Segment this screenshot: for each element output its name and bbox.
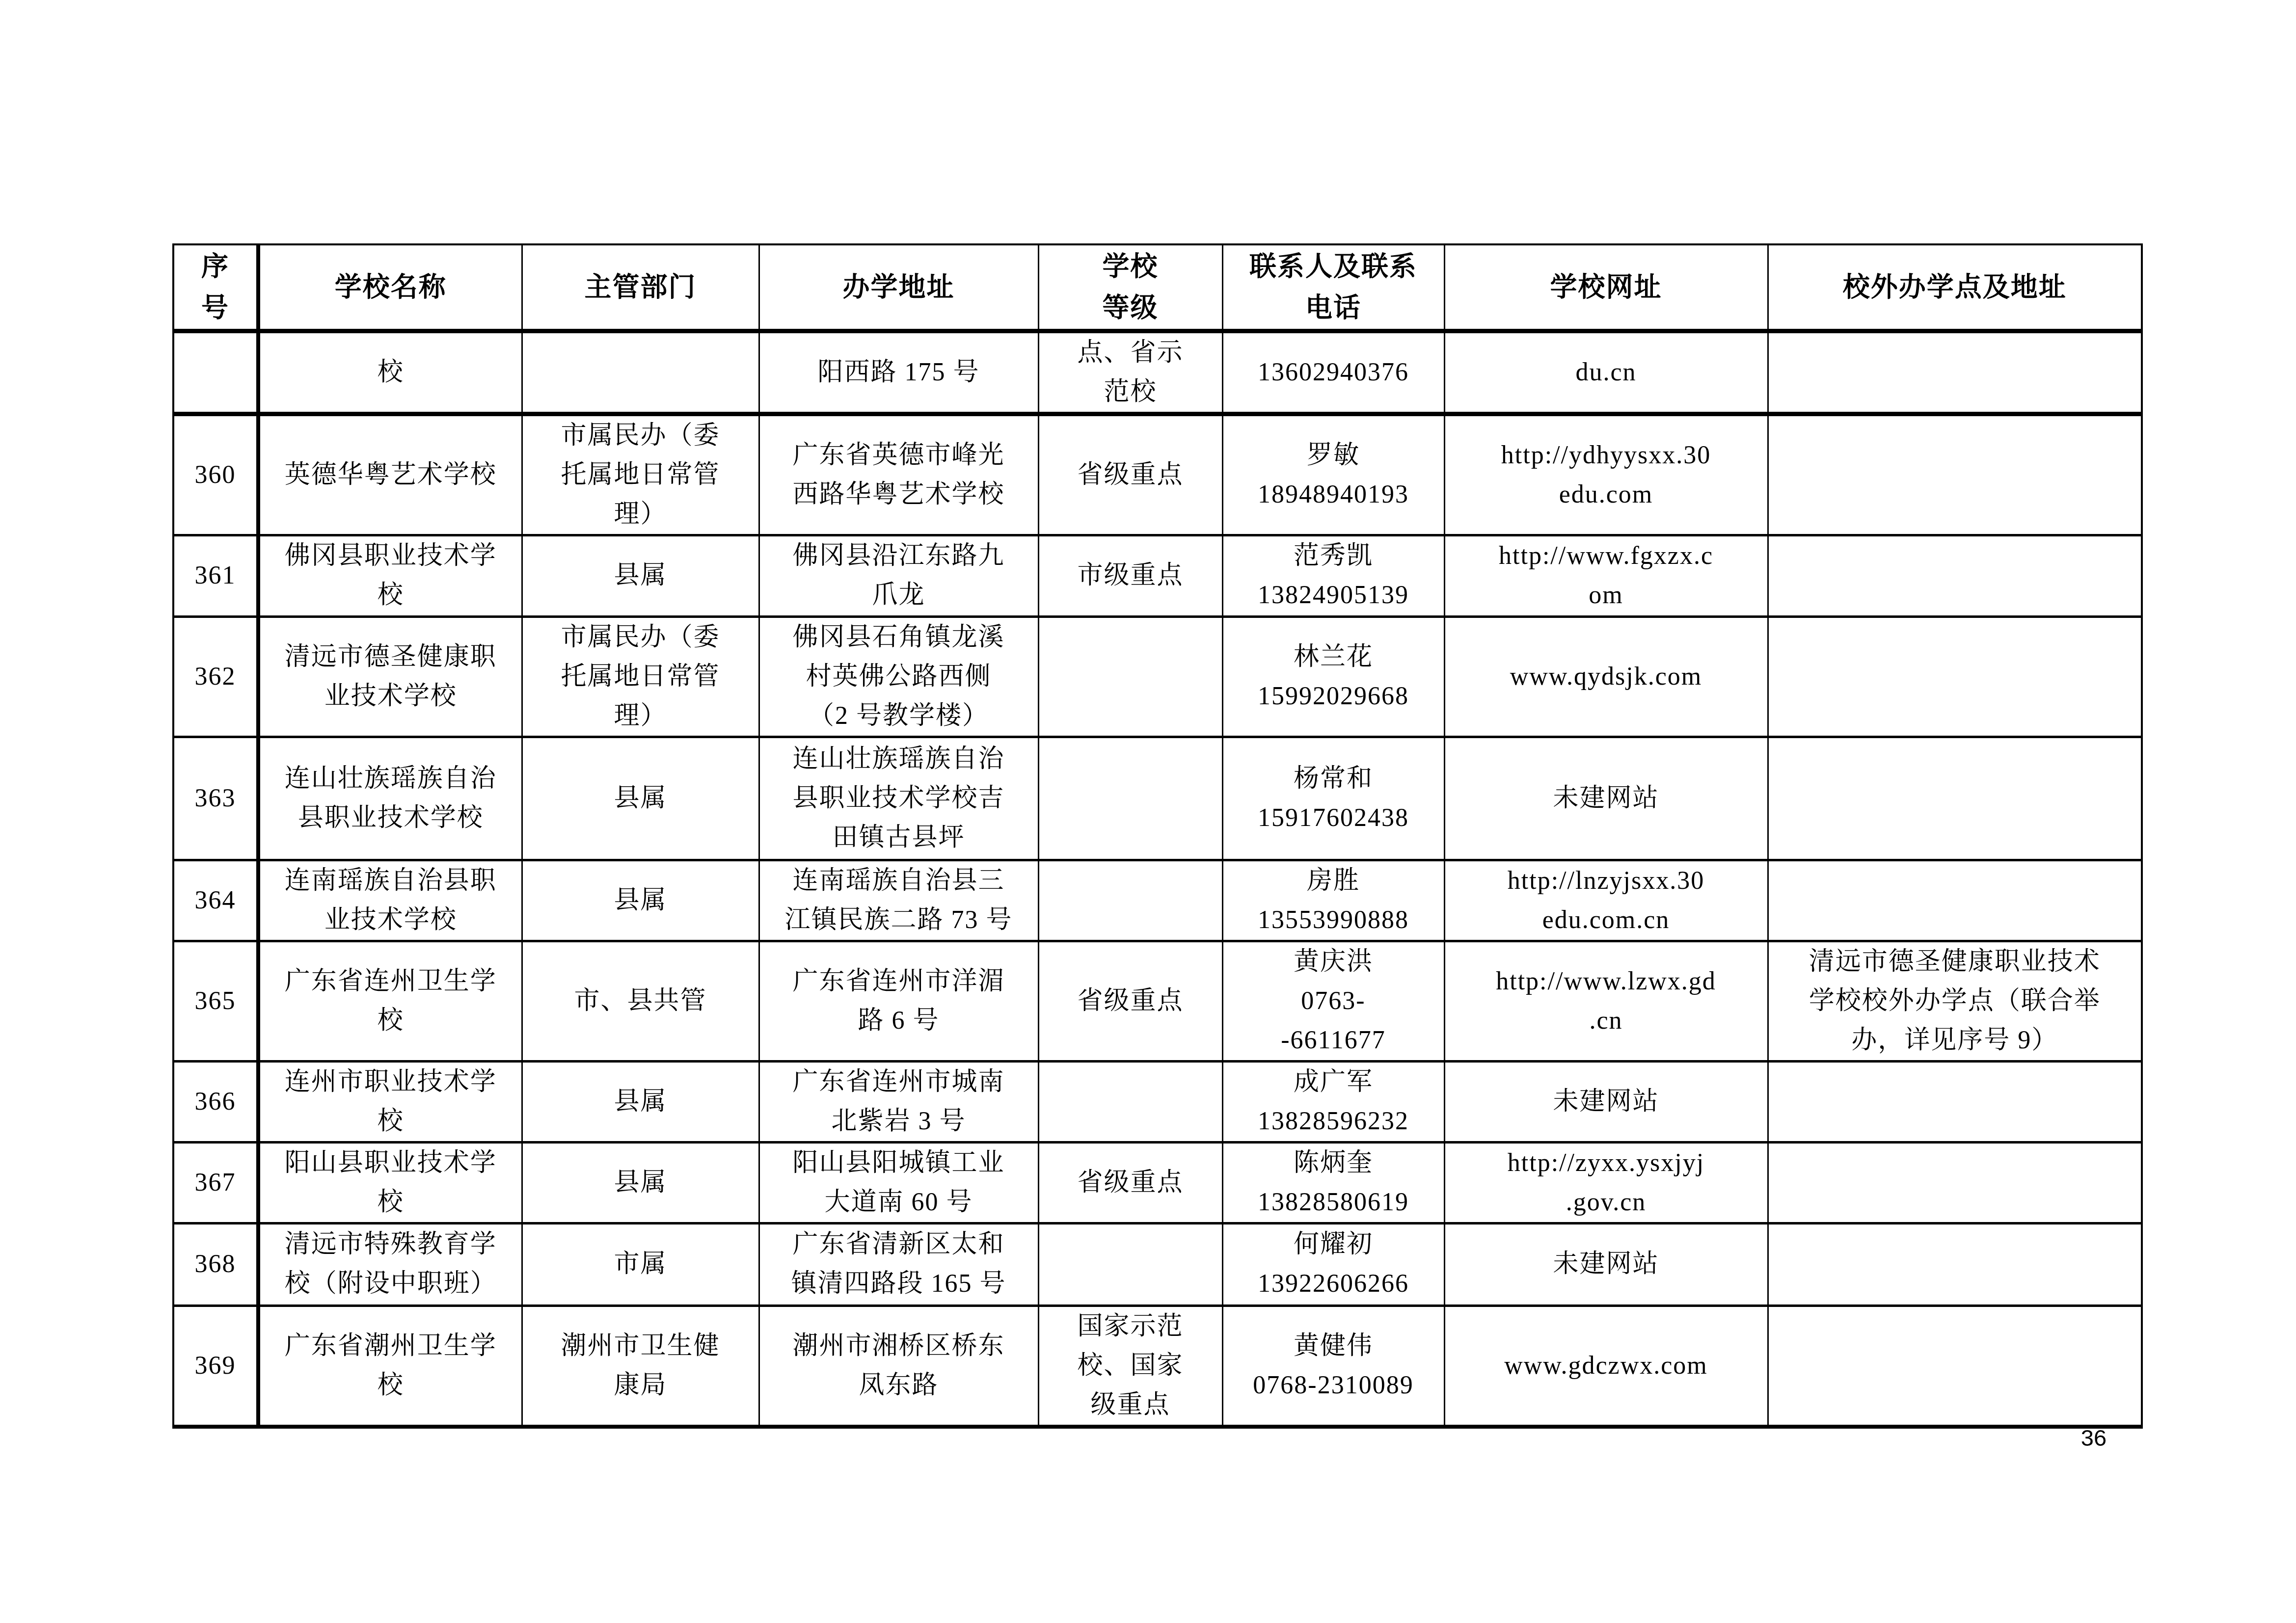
cell-level: 国家示范校、国家级重点 — [1038, 1305, 1222, 1427]
cell-address: 阳山县阳城镇工业大道南 60 号 — [759, 1142, 1038, 1223]
cell-seq: 362 — [173, 616, 258, 737]
cell-text: 房胜 — [1227, 861, 1440, 901]
cell-text: 佛冈县沿江东路九 — [764, 536, 1034, 576]
cell-text: 362 — [178, 657, 252, 696]
cell-text: 县属 — [527, 1082, 755, 1121]
cell-text: 省级重点 — [1043, 1163, 1218, 1202]
cell-text: 理） — [527, 495, 755, 534]
cell-name: 连州市职业技术学校 — [258, 1061, 522, 1142]
cell-dept: 县属 — [522, 1061, 759, 1142]
cell-text: 佛冈县石角镇龙溪 — [764, 618, 1034, 657]
cell-text: -6611677 — [1227, 1021, 1440, 1060]
cell-text: http://www.fgxzx.c — [1449, 536, 1763, 576]
header-text: 学校网址 — [1449, 266, 1763, 308]
cell-dept: 市属 — [522, 1223, 759, 1305]
cell-text: 学校校外办学点（联合举 — [1773, 982, 2137, 1021]
cell-text: 校、国家 — [1043, 1346, 1218, 1385]
cell-dept: 县属 — [522, 1142, 759, 1223]
cell-address: 广东省连州市洋湄路 6 号 — [759, 941, 1038, 1061]
cell-text: 杨常和 — [1227, 759, 1440, 798]
cell-text: 田镇古县坪 — [764, 818, 1034, 857]
cell-text: 市属民办（委 — [527, 416, 755, 455]
cell-name: 佛冈县职业技术学校 — [258, 535, 522, 616]
cell-offsite — [1768, 414, 2142, 535]
cell-offsite — [1768, 1142, 2142, 1223]
header-text: 电话 — [1227, 287, 1440, 328]
cell-text: 连山壮族瑶族自治 — [764, 740, 1034, 779]
cell-text: du.cn — [1449, 353, 1763, 392]
cell-name: 阳山县职业技术学校 — [258, 1142, 522, 1223]
cell-level: 省级重点 — [1038, 414, 1222, 535]
cell-text: 阳山县职业技术学 — [264, 1144, 517, 1183]
cell-text: 15917602438 — [1227, 798, 1440, 838]
cell-text: 陈炳奎 — [1227, 1144, 1440, 1183]
cell-text: 县属 — [527, 556, 755, 595]
cell-text: edu.com — [1449, 475, 1763, 514]
cell-text: 校（附设中职班） — [264, 1264, 517, 1304]
cell-text: 镇清四路段 165 号 — [764, 1264, 1034, 1304]
cell-level: 省级重点 — [1038, 941, 1222, 1061]
cell-offsite — [1768, 1061, 2142, 1142]
cell-dept: 市属民办（委托属地日常管理） — [522, 616, 759, 737]
cell-text: 清远市德圣健康职业技术 — [1773, 942, 2137, 982]
cell-offsite — [1768, 331, 2142, 414]
cell-name: 连山壮族瑶族自治县职业技术学校 — [258, 737, 522, 860]
cell-text: http://lnzyjsxx.30 — [1449, 861, 1763, 901]
cell-dept: 县属 — [522, 737, 759, 860]
cell-seq: 361 — [173, 535, 258, 616]
cell-level: 点、省示范校 — [1038, 331, 1222, 414]
cell-website: http://www.fgxzx.com — [1444, 535, 1768, 616]
cell-contact: 陈炳奎13828580619 — [1222, 1142, 1444, 1223]
header-text: 学校 — [1043, 246, 1218, 287]
cell-text: 业技术学校 — [264, 677, 517, 716]
cell-text: 江镇民族二路 73 号 — [764, 901, 1034, 940]
cell-text: 363 — [178, 779, 252, 818]
cell-text: 国家示范 — [1043, 1307, 1218, 1346]
cell-text: 广东省英德市峰光 — [764, 436, 1034, 475]
cell-text: 0763- — [1227, 982, 1440, 1021]
cell-text: 13602940376 — [1227, 353, 1440, 392]
cell-name: 校 — [258, 331, 522, 414]
cell-offsite — [1768, 535, 2142, 616]
cell-dept: 县属 — [522, 535, 759, 616]
cell-text: 何耀初 — [1227, 1225, 1440, 1264]
cell-text: 西路华粤艺术学校 — [764, 475, 1034, 514]
cell-text: 清远市特殊教育学 — [264, 1225, 517, 1264]
cell-text: 县属 — [527, 881, 755, 920]
header-text: 学校名称 — [264, 266, 517, 308]
cell-text: 368 — [178, 1245, 252, 1284]
cell-text: .gov.cn — [1449, 1183, 1763, 1222]
cell-text: 罗敏 — [1227, 436, 1440, 475]
cell-offsite — [1768, 860, 2142, 941]
cell-text: 县属 — [527, 1163, 755, 1202]
cell-name: 广东省潮州卫生学校 — [258, 1305, 522, 1427]
cell-dept — [522, 331, 759, 414]
cell-level — [1038, 616, 1222, 737]
cell-text: 潮州市湘桥区桥东 — [764, 1327, 1034, 1366]
cell-address: 阳西路 175 号 — [759, 331, 1038, 414]
cell-text: 县职业技术学校吉 — [764, 779, 1034, 818]
schools-table: 序号学校名称主管部门办学地址学校等级联系人及联系电话学校网址校外办学点及地址 校… — [172, 243, 2143, 1429]
cell-text: 点、省示 — [1043, 333, 1218, 372]
cell-address: 佛冈县石角镇龙溪村英佛公路西侧（2 号教学楼） — [759, 616, 1038, 737]
cell-dept: 潮州市卫生健康局 — [522, 1305, 759, 1427]
cell-text: 潮州市卫生健 — [527, 1327, 755, 1366]
cell-text: 北紫岩 3 号 — [764, 1102, 1034, 1141]
cell-offsite — [1768, 1223, 2142, 1305]
cell-text: 广东省连州市洋湄 — [764, 962, 1034, 1001]
cell-level — [1038, 737, 1222, 860]
cell-text: 黄健伟 — [1227, 1327, 1440, 1366]
header-cell-offsite: 校外办学点及地址 — [1768, 244, 2142, 331]
cell-contact: 杨常和15917602438 — [1222, 737, 1444, 860]
cell-level — [1038, 860, 1222, 941]
header-cell-address: 办学地址 — [759, 244, 1038, 331]
cell-text: http://zyxx.ysxjyj — [1449, 1144, 1763, 1183]
table-row: 367阳山县职业技术学校县属阳山县阳城镇工业大道南 60 号省级重点陈炳奎138… — [173, 1142, 2142, 1223]
cell-text: 范秀凯 — [1227, 536, 1440, 576]
table-row: 校阳西路 175 号点、省示范校13602940376du.cn — [173, 331, 2142, 414]
table-row: 364连南瑶族自治县职业技术学校县属连南瑶族自治县三江镇民族二路 73 号房胜1… — [173, 860, 2142, 941]
cell-text: 康局 — [527, 1366, 755, 1405]
cell-address: 佛冈县沿江东路九爪龙 — [759, 535, 1038, 616]
cell-offsite: 清远市德圣健康职业技术学校校外办学点（联合举办，详见序号 9） — [1768, 941, 2142, 1061]
cell-text: 13824905139 — [1227, 576, 1440, 615]
cell-text: 连山壮族瑶族自治 — [264, 759, 517, 798]
cell-text: 367 — [178, 1163, 252, 1202]
cell-text: 369 — [178, 1346, 252, 1385]
cell-text: 未建网站 — [1449, 1245, 1763, 1284]
cell-text: 县职业技术学校 — [264, 798, 517, 838]
cell-text: 连南瑶族自治县职 — [264, 861, 517, 901]
header-cell-level: 学校等级 — [1038, 244, 1222, 331]
cell-seq: 360 — [173, 414, 258, 535]
cell-text: 阳西路 175 号 — [764, 353, 1034, 392]
cell-website: http://zyxx.ysxjyj.gov.cn — [1444, 1142, 1768, 1223]
cell-level — [1038, 1223, 1222, 1305]
cell-text: 林兰花 — [1227, 638, 1440, 677]
cell-text: 366 — [178, 1082, 252, 1121]
cell-text: 校 — [264, 576, 517, 615]
cell-text: 路 6 号 — [764, 1001, 1034, 1040]
cell-address: 潮州市湘桥区桥东凤东路 — [759, 1305, 1038, 1427]
cell-name: 清远市特殊教育学校（附设中职班） — [258, 1223, 522, 1305]
cell-name: 英德华粤艺术学校 — [258, 414, 522, 535]
cell-text: 校 — [264, 1183, 517, 1222]
cell-text: 业技术学校 — [264, 901, 517, 940]
cell-website: 未建网站 — [1444, 737, 1768, 860]
cell-text: 364 — [178, 881, 252, 920]
cell-text: 村英佛公路西侧 — [764, 657, 1034, 696]
cell-address: 连南瑶族自治县三江镇民族二路 73 号 — [759, 860, 1038, 941]
cell-website: http://ydhyysxx.30edu.com — [1444, 414, 1768, 535]
cell-website: 未建网站 — [1444, 1223, 1768, 1305]
document-page: 序号学校名称主管部门办学地址学校等级联系人及联系电话学校网址校外办学点及地址 校… — [0, 0, 2296, 1623]
cell-offsite — [1768, 1305, 2142, 1427]
cell-dept: 市、县共管 — [522, 941, 759, 1061]
cell-seq: 364 — [173, 860, 258, 941]
cell-text: 连南瑶族自治县三 — [764, 861, 1034, 901]
cell-text: 托属地日常管 — [527, 455, 755, 495]
cell-contact: 房胜13553990888 — [1222, 860, 1444, 941]
cell-seq: 367 — [173, 1142, 258, 1223]
cell-contact: 黄庆洪0763--6611677 — [1222, 941, 1444, 1061]
cell-seq: 368 — [173, 1223, 258, 1305]
cell-contact: 范秀凯13824905139 — [1222, 535, 1444, 616]
cell-text: 市、县共管 — [527, 982, 755, 1021]
table-row: 360英德华粤艺术学校市属民办（委托属地日常管理）广东省英德市峰光西路华粤艺术学… — [173, 414, 2142, 535]
cell-website: www.qydsjk.com — [1444, 616, 1768, 737]
cell-text: www.gdczwx.com — [1449, 1346, 1763, 1385]
table-row: 362清远市德圣健康职业技术学校市属民办（委托属地日常管理）佛冈县石角镇龙溪村英… — [173, 616, 2142, 737]
cell-text: 市级重点 — [1043, 556, 1218, 595]
cell-text: 办，详见序号 9） — [1773, 1021, 2137, 1060]
cell-text: 360 — [178, 455, 252, 495]
cell-text: 365 — [178, 982, 252, 1021]
cell-seq: 366 — [173, 1061, 258, 1142]
header-cell-dept: 主管部门 — [522, 244, 759, 331]
cell-seq: 369 — [173, 1305, 258, 1427]
cell-text: 佛冈县职业技术学 — [264, 536, 517, 576]
cell-text: 省级重点 — [1043, 455, 1218, 495]
cell-text: 托属地日常管 — [527, 657, 755, 696]
cell-text: 大道南 60 号 — [764, 1183, 1034, 1222]
cell-text: 市属民办（委 — [527, 618, 755, 657]
cell-website: du.cn — [1444, 331, 1768, 414]
cell-contact: 黄健伟0768-2310089 — [1222, 1305, 1444, 1427]
cell-dept: 市属民办（委托属地日常管理） — [522, 414, 759, 535]
cell-website: www.gdczwx.com — [1444, 1305, 1768, 1427]
table-row: 368清远市特殊教育学校（附设中职班）市属广东省清新区太和镇清四路段 165 号… — [173, 1223, 2142, 1305]
cell-text: 校 — [264, 1366, 517, 1405]
cell-text: 广东省清新区太和 — [764, 1225, 1034, 1264]
cell-website: http://lnzyjsxx.30edu.com.cn — [1444, 860, 1768, 941]
cell-seq: 365 — [173, 941, 258, 1061]
header-cell-seq: 序号 — [173, 244, 258, 331]
cell-text: 0768-2310089 — [1227, 1366, 1440, 1405]
cell-text: 校 — [264, 1001, 517, 1040]
cell-text: 未建网站 — [1449, 779, 1763, 818]
cell-text: 级重点 — [1043, 1385, 1218, 1425]
header-cell-contact: 联系人及联系电话 — [1222, 244, 1444, 331]
cell-seq — [173, 331, 258, 414]
cell-text: 爪龙 — [764, 576, 1034, 615]
cell-text: 连州市职业技术学 — [264, 1063, 517, 1102]
cell-address: 广东省英德市峰光西路华粤艺术学校 — [759, 414, 1038, 535]
cell-text: http://www.lzwx.gd — [1449, 962, 1763, 1001]
cell-level: 市级重点 — [1038, 535, 1222, 616]
table-row: 369广东省潮州卫生学校潮州市卫生健康局潮州市湘桥区桥东凤东路国家示范校、国家级… — [173, 1305, 2142, 1427]
cell-text: 广东省连州市城南 — [764, 1063, 1034, 1102]
cell-text: 361 — [178, 556, 252, 595]
cell-offsite — [1768, 616, 2142, 737]
cell-text: 13828596232 — [1227, 1102, 1440, 1141]
cell-seq: 363 — [173, 737, 258, 860]
cell-address: 广东省清新区太和镇清四路段 165 号 — [759, 1223, 1038, 1305]
header-text: 校外办学点及地址 — [1773, 266, 2137, 308]
cell-contact: 何耀初13922606266 — [1222, 1223, 1444, 1305]
cell-text: 理） — [527, 696, 755, 736]
cell-text: 18948940193 — [1227, 475, 1440, 514]
cell-address: 广东省连州市城南北紫岩 3 号 — [759, 1061, 1038, 1142]
cell-text: 英德华粤艺术学校 — [264, 455, 517, 495]
header-text: 号 — [178, 287, 252, 328]
table-row: 366连州市职业技术学校县属广东省连州市城南北紫岩 3 号成广军13828596… — [173, 1061, 2142, 1142]
header-text: 等级 — [1043, 287, 1218, 328]
cell-text: www.qydsjk.com — [1449, 657, 1763, 696]
cell-level — [1038, 1061, 1222, 1142]
header-text: 序 — [178, 246, 252, 287]
cell-contact: 成广军13828596232 — [1222, 1061, 1444, 1142]
cell-name: 连南瑶族自治县职业技术学校 — [258, 860, 522, 941]
cell-text: edu.com.cn — [1449, 901, 1763, 940]
table-row: 365广东省连州卫生学校市、县共管广东省连州市洋湄路 6 号省级重点黄庆洪076… — [173, 941, 2142, 1061]
header-cell-name: 学校名称 — [258, 244, 522, 331]
header-row: 序号学校名称主管部门办学地址学校等级联系人及联系电话学校网址校外办学点及地址 — [173, 244, 2142, 331]
cell-text: http://ydhyysxx.30 — [1449, 436, 1763, 475]
cell-text: 市属 — [527, 1245, 755, 1284]
cell-text: 清远市德圣健康职 — [264, 638, 517, 677]
cell-contact: 林兰花15992029668 — [1222, 616, 1444, 737]
cell-text: om — [1449, 576, 1763, 615]
cell-name: 广东省连州卫生学校 — [258, 941, 522, 1061]
page-number: 36 — [2057, 1423, 2131, 1453]
cell-website: 未建网站 — [1444, 1061, 1768, 1142]
cell-text: 13553990888 — [1227, 901, 1440, 940]
cell-text: 县属 — [527, 779, 755, 818]
header-text: 办学地址 — [764, 266, 1034, 308]
cell-text: 范校 — [1043, 372, 1218, 412]
cell-contact: 13602940376 — [1222, 331, 1444, 414]
cell-text: 校 — [264, 353, 517, 392]
header-text: 主管部门 — [527, 266, 755, 308]
cell-text: 13922606266 — [1227, 1264, 1440, 1304]
cell-address: 连山壮族瑶族自治县职业技术学校吉田镇古县坪 — [759, 737, 1038, 860]
cell-level: 省级重点 — [1038, 1142, 1222, 1223]
header-text: 联系人及联系 — [1227, 246, 1440, 287]
cell-dept: 县属 — [522, 860, 759, 941]
cell-name: 清远市德圣健康职业技术学校 — [258, 616, 522, 737]
cell-text: 省级重点 — [1043, 982, 1218, 1021]
cell-text: 未建网站 — [1449, 1082, 1763, 1121]
cell-offsite — [1768, 737, 2142, 860]
cell-text: 凤东路 — [764, 1366, 1034, 1405]
cell-text: .cn — [1449, 1001, 1763, 1040]
cell-text: 成广军 — [1227, 1063, 1440, 1102]
cell-text: 15992029668 — [1227, 677, 1440, 716]
cell-text: （2 号教学楼） — [764, 696, 1034, 736]
cell-website: http://www.lzwx.gd.cn — [1444, 941, 1768, 1061]
cell-text: 广东省潮州卫生学 — [264, 1327, 517, 1366]
cell-text: 13828580619 — [1227, 1183, 1440, 1222]
table-row: 363连山壮族瑶族自治县职业技术学校县属连山壮族瑶族自治县职业技术学校吉田镇古县… — [173, 737, 2142, 860]
cell-text: 阳山县阳城镇工业 — [764, 1144, 1034, 1183]
cell-text: 校 — [264, 1102, 517, 1141]
table-row: 361佛冈县职业技术学校县属佛冈县沿江东路九爪龙市级重点范秀凯138249051… — [173, 535, 2142, 616]
header-cell-website: 学校网址 — [1444, 244, 1768, 331]
cell-text: 黄庆洪 — [1227, 942, 1440, 982]
cell-contact: 罗敏18948940193 — [1222, 414, 1444, 535]
cell-text: 广东省连州卫生学 — [264, 962, 517, 1001]
